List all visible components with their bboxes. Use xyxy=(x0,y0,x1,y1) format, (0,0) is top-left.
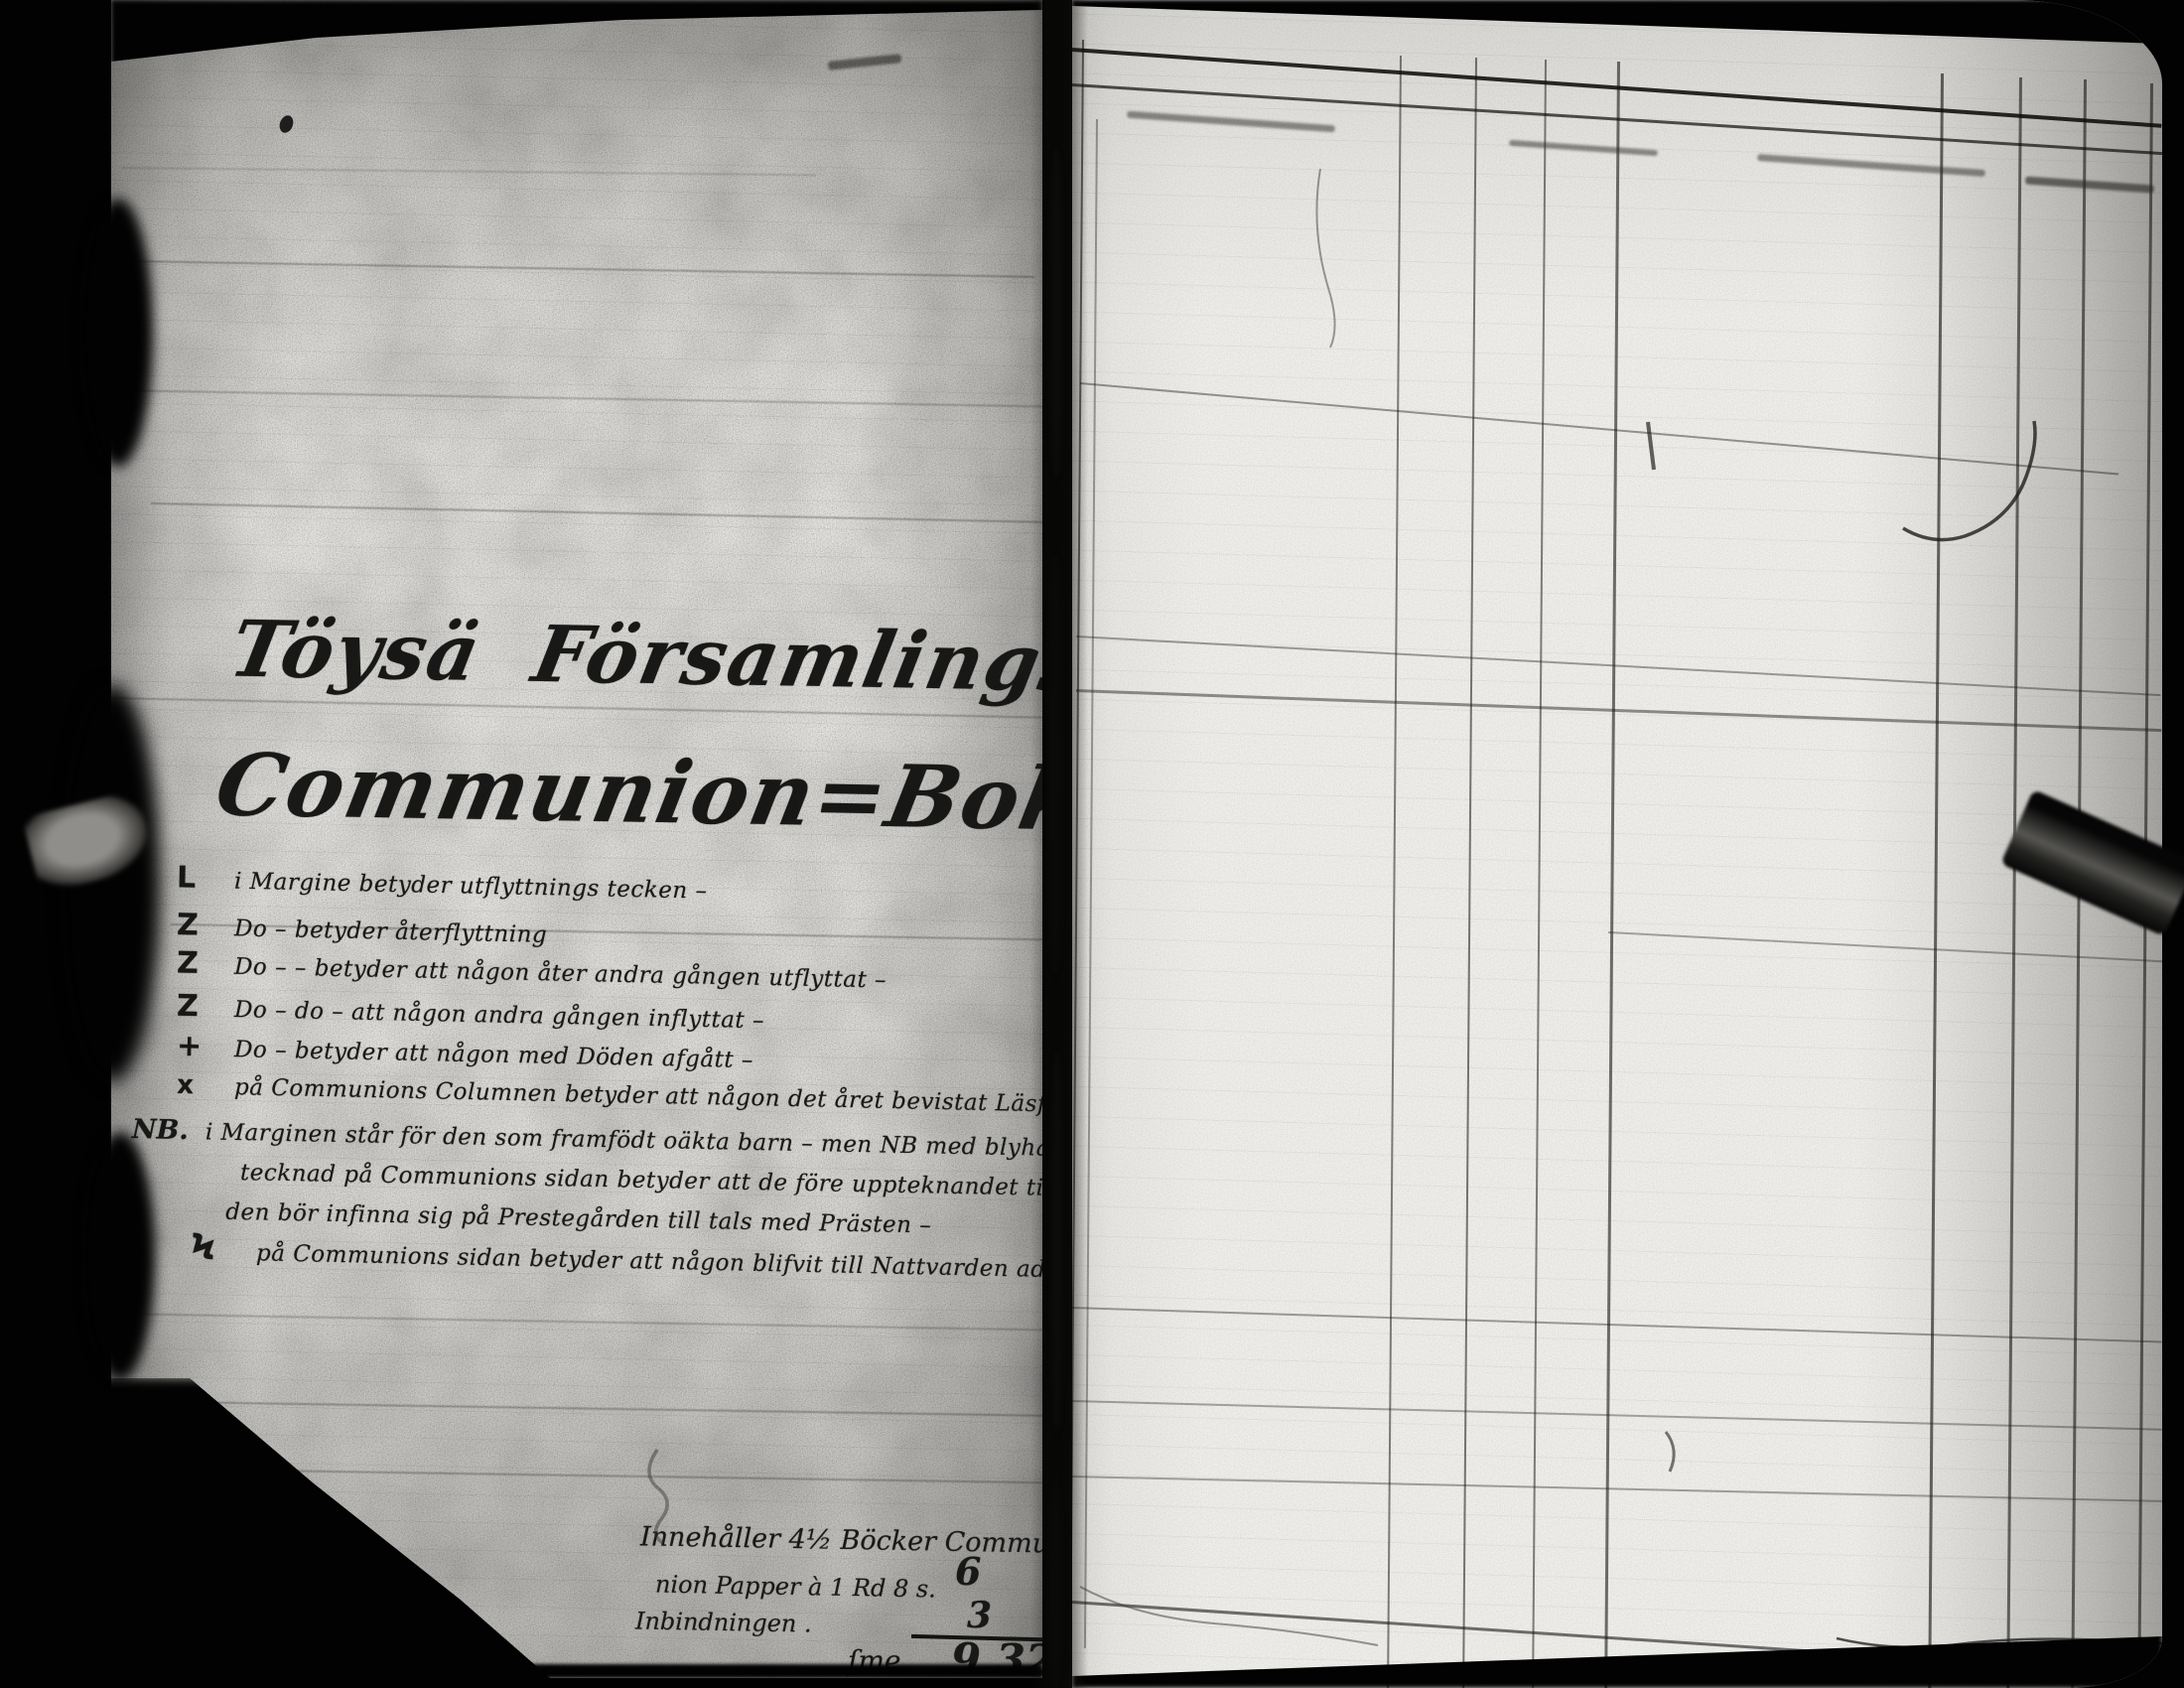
gutter-shadow-blob xyxy=(1050,149,1063,477)
legend-text: på Communions Columnen betyder att någon… xyxy=(234,1074,1042,1119)
legend-row: ZDo – do – att någon andra gången inflyt… xyxy=(177,989,765,1036)
legend-symbol: Z xyxy=(177,908,235,943)
scan-edge-blob xyxy=(85,1132,155,1380)
legend-text: Do – betyder att någon med Döden afgått … xyxy=(234,1037,753,1073)
gutter-shadow-blob xyxy=(1051,1053,1063,1430)
binding-gutter xyxy=(1030,0,1088,1688)
legend-text: Do – betyder återflyttning xyxy=(234,915,548,948)
faint-ink-mark xyxy=(623,1446,693,1545)
gutter-shadow-blob xyxy=(1048,556,1063,973)
ink-blot xyxy=(277,113,295,134)
note-value-2: 3 xyxy=(967,1595,992,1636)
title-line-1: Töysä Församlings xyxy=(223,604,1042,709)
legend-row: +Do – betyder att någon med Döden afgått… xyxy=(177,1029,754,1075)
gutter-shadow-blob xyxy=(1049,1479,1062,1688)
scan-streak xyxy=(151,502,1042,523)
note-line-2: nion Papper à 1 Rd 8 s. xyxy=(655,1571,936,1604)
title-line-2: Communion=Bok. xyxy=(208,735,1042,851)
nb-line: i Marginen står för den som framfödt oäk… xyxy=(205,1119,1042,1163)
ink-smudge xyxy=(828,54,902,70)
scan-border-top xyxy=(111,0,1042,70)
legend-text: Do – do – att någon andra gången inflytt… xyxy=(234,997,765,1034)
admit-symbol: Ϟ xyxy=(191,1227,257,1269)
admit-text: på Communions sidan betyder att någon bl… xyxy=(256,1240,1042,1285)
note-value-1: 6 xyxy=(955,1549,981,1594)
nb-line: tecknad på Communions sidan betyder att … xyxy=(240,1160,1042,1203)
book-scan: Töysä Församlings Communion=Bok. Li Marg… xyxy=(0,0,2184,1688)
scan-shadow-bottom-left xyxy=(111,1378,707,1678)
nb-symbol: NB. xyxy=(131,1110,205,1151)
legend-row: ZDo – – betyder att någon åter andra gån… xyxy=(177,946,887,996)
legend-text: i Margine betyder utflyttnings tecken – xyxy=(234,869,708,905)
note-line-1: Innehåller 4½ Böcker Commu- xyxy=(640,1521,1042,1559)
legend-text: Do – – betyder att någon åter andra gång… xyxy=(234,954,887,994)
left-page: Töysä Församlings Communion=Bok. Li Marg… xyxy=(111,0,1042,1678)
scan-streak xyxy=(111,1400,1042,1417)
note-line-3: Inbindningen . xyxy=(635,1607,812,1637)
legend-row: Li Margine betyder utflyttnings tecken – xyxy=(177,860,708,906)
scan-streak xyxy=(111,1313,1042,1331)
legend-symbol: Z xyxy=(177,946,235,982)
scan-edge-blob xyxy=(83,199,153,467)
legend-symbol: + xyxy=(177,1029,235,1064)
scan-streak xyxy=(111,389,1042,407)
legend-row: ZDo – betyder återflyttning xyxy=(177,908,548,950)
right-page xyxy=(1072,0,2162,1688)
ink-marks xyxy=(1072,0,2162,1688)
legend-symbol: L xyxy=(177,860,235,896)
scan-streak xyxy=(131,260,1034,278)
legend-symbol: Z xyxy=(177,989,235,1025)
legend-symbol: x xyxy=(177,1070,235,1101)
scan-streak xyxy=(121,167,816,176)
